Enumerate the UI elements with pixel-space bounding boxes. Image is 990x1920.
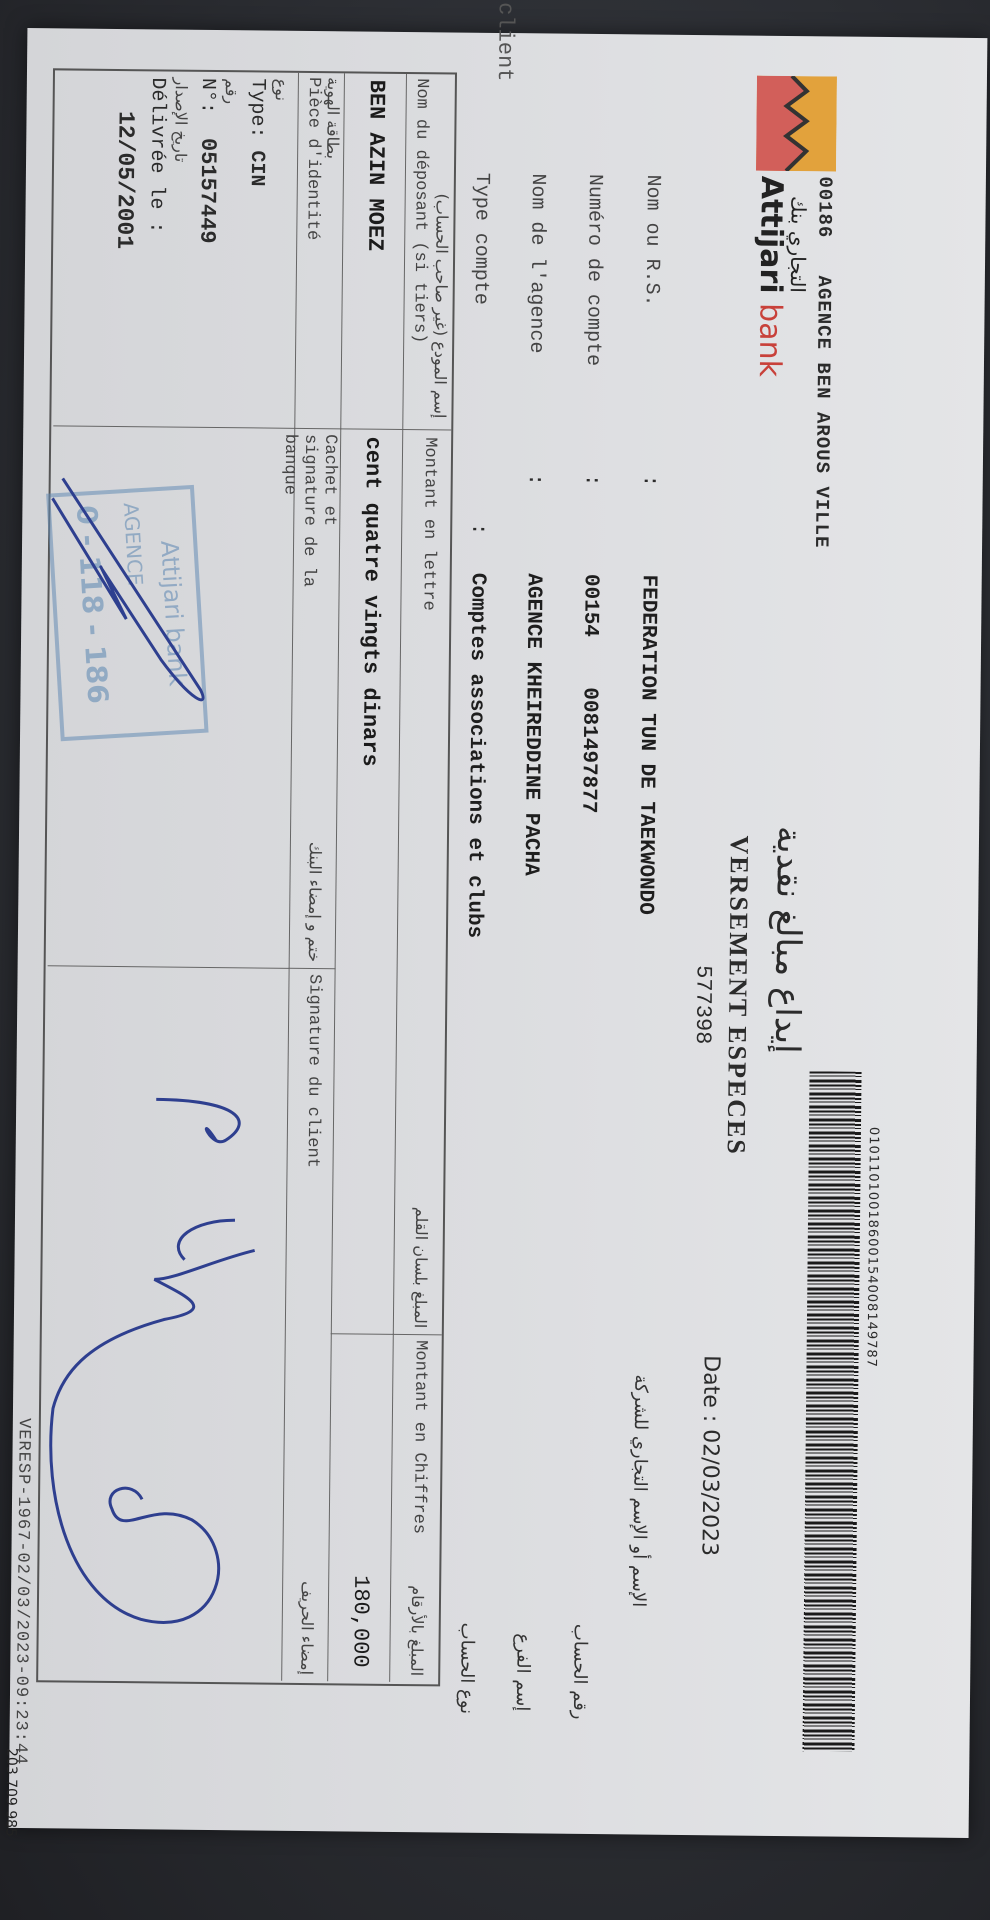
- colon: :: [466, 523, 489, 536]
- id-type-value: CIN: [245, 150, 268, 186]
- amount-figures-header-ar: المبلغ بالأرقام: [407, 1585, 427, 1676]
- slip-number: 577398: [690, 965, 716, 1044]
- amount-letters-header: Montant en lettre: [418, 437, 439, 611]
- id-number-label: N°:: [196, 78, 219, 114]
- barcode-number: 01011010018600154008149787: [863, 1127, 881, 1368]
- field-label-agency: Nom de l'agence: [524, 173, 549, 353]
- id-type: Type: CIN: [245, 78, 269, 186]
- id-details-cell: نوع Type: CIN رقم N°: 05157449 تاريخ الإ…: [53, 70, 299, 429]
- amount-letters-header-ar: المبلغ بلسان القلم: [411, 1207, 431, 1329]
- edge-print: 203 709 985: [3, 1748, 20, 1837]
- agency-name: AGENCE BEN AROUS VILLE: [810, 275, 835, 548]
- id-type-label: Type:: [245, 78, 269, 138]
- field-label-account-ar: رقم الحساب: [569, 1624, 591, 1720]
- amount-figures-header: Montant en Chiffres: [409, 1340, 430, 1534]
- colon: :: [580, 474, 603, 487]
- slip-title: VERSEMENT ESPECES: [721, 835, 754, 1156]
- footer-reference: VERESP-1967-02/03/2023-09:23:44: [10, 1418, 33, 1765]
- amount-figures-value: 180,000: [347, 1575, 373, 1668]
- bank-name-arabic: التجاري بنك: [786, 196, 811, 293]
- client-sig-header: Signature du client: [303, 974, 324, 1168]
- bank-name-light: bank: [752, 303, 788, 377]
- field-label-type: Type compte: [469, 173, 493, 305]
- amount-letters-value-cell: cent quatre vingts dinars: [331, 428, 403, 1335]
- field-label-type-ar: نوع الحساب: [456, 1623, 478, 1715]
- id-header-cell: بطاقة الهوية Pièce d'identité: [294, 73, 345, 429]
- field-label-account: Numéro de compte: [581, 174, 606, 366]
- barcode: [802, 1071, 861, 1752]
- copy-label: copie client: [492, 0, 519, 82]
- attijari-logo-icon: [756, 76, 837, 172]
- bank-stamp-header-ar: ختم و إمضاء البنك: [305, 842, 325, 962]
- deposit-slip: copie client 00186 AGENCE BEN AROUS VILL…: [9, 28, 988, 1838]
- bank-stamp-header-cell: Cachet et signature de la banque ختم و إ…: [289, 428, 342, 969]
- agency-code: 00186: [813, 176, 836, 238]
- id-number-ar: رقم: [222, 78, 241, 104]
- client-signature: [31, 1078, 297, 1641]
- depositor-value-cell: BEN AZIN MOEZ: [340, 73, 407, 430]
- client-sig-header-ar: إمضاء الحريف: [297, 1581, 317, 1675]
- field-value-agency: AGENCE KHEIREDDINE PACHA: [519, 573, 545, 876]
- id-type-ar: نوع: [272, 79, 291, 101]
- amount-figures-header-cell: Montant en Chiffres المبلغ بالأرقام: [389, 1334, 442, 1682]
- date-value: 02/03/2023: [696, 1429, 722, 1556]
- id-header-ar: بطاقة الهوية: [323, 77, 343, 159]
- bank-name: Attijari bank: [752, 176, 789, 378]
- colon: :: [638, 474, 661, 487]
- depositor-value: BEN AZIN MOEZ: [362, 80, 389, 252]
- id-header: Pièce d'identité: [302, 77, 323, 240]
- depositor-header: Nom du déposant (si tiers): [409, 78, 431, 343]
- field-label-name: Nom ou R.S.: [640, 174, 664, 306]
- amount-figures-value-cell: 180,000: [327, 1333, 394, 1682]
- bank-signature: [40, 458, 223, 780]
- agency-header: 00186 AGENCE BEN AROUS VILLE: [810, 176, 836, 548]
- field-value-account: 00154 0081497877: [576, 574, 602, 814]
- depositor-header-ar: إسم المودع (غير صاحب الحساب): [430, 78, 453, 418]
- field-value-name: FEDERATION TUN DE TAEKWONDO: [633, 574, 660, 914]
- bank-name-bold: Attijari: [753, 176, 789, 294]
- amount-letters-value: cent quatre vingts dinars: [357, 437, 385, 767]
- date-label: Date :: [698, 1355, 724, 1422]
- field-label-name-ar: الإسم أو الإسم التجاري للشركة: [628, 1374, 651, 1607]
- title-arabic: إيداع مبالغ نقدية: [767, 826, 809, 1054]
- depositor-header-cell: إسم المودع (غير صاحب الحساب) Nom du dépo…: [402, 74, 455, 430]
- colon: :: [523, 473, 546, 486]
- id-number: N°: 05157449: [194, 78, 221, 244]
- field-value-type: Comptes associations et clubs: [462, 573, 489, 939]
- id-issued-ar: تاريخ الإصدار: [171, 78, 191, 163]
- field-label-agency-ar: إسم الفرع: [512, 1633, 534, 1711]
- id-issued-label: Délivrée le :: [144, 77, 169, 233]
- id-number-value: 05157449: [194, 138, 220, 244]
- id-issued-value: 12/05/2001: [111, 111, 138, 249]
- date: Date : 02/03/2023: [696, 1355, 723, 1556]
